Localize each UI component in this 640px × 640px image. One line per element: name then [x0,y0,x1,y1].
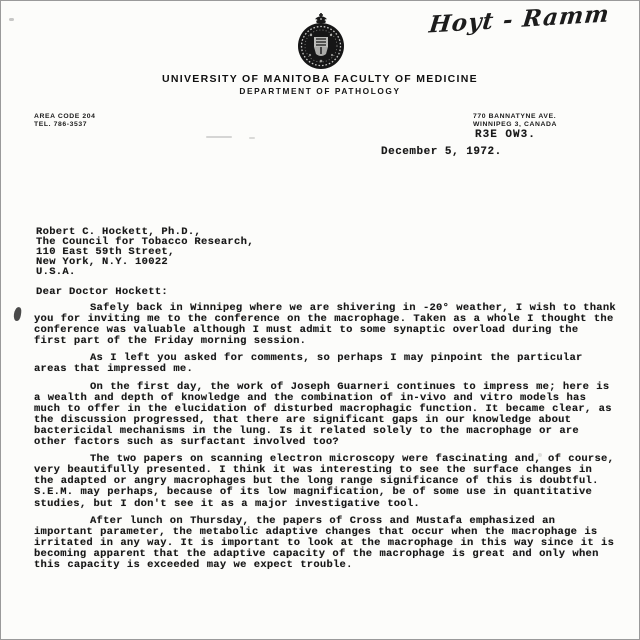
scan-artifact [249,137,255,139]
paragraph: Safely back in Winnipeg where we are shi… [34,303,618,347]
recipient-address-block: Robert C. Hockett, Ph.D., The Council fo… [36,227,254,277]
scanned-letter-page: Hoyt - Ramm UNIVERSITY OF M [0,0,640,640]
letterhead-department: DEPARTMENT OF PATHOLOGY [1,86,639,96]
paragraph: As I left you asked for comments, so per… [34,353,618,375]
salutation: Dear Doctor Hockett: [36,286,168,298]
scan-artifact [9,18,14,21]
scan-artifact [13,307,22,322]
letter-body: Safely back in Winnipeg where we are shi… [34,303,618,577]
address-line2: WINNIPEG 3, CANADA [473,121,557,129]
letterhead-address-block: 770 BANNATYNE AVE. WINNIPEG 3, CANADA [473,113,557,129]
scan-artifact [206,136,232,138]
paragraph: After lunch on Thursday, the papers of C… [34,516,618,571]
area-code: AREA CODE 204 [34,113,96,121]
paragraph: On the first day, the work of Joseph Gua… [34,382,618,449]
letter-date: December 5, 1972. [381,146,502,158]
postal-code: R3E OW3. [475,129,536,141]
address-line1: 770 BANNATYNE AVE. [473,113,557,121]
letterhead-institution: UNIVERSITY OF MANITOBA FACULTY OF MEDICI… [1,73,639,85]
paragraph: The two papers on scanning electron micr… [34,454,618,509]
telephone: TEL. 786-3537 [34,121,96,129]
recipient-line: U.S.A. [36,267,254,277]
handwritten-annotation: Hoyt - Ramm [428,0,640,39]
letterhead-phone-block: AREA CODE 204 TEL. 786-3537 [34,113,96,129]
university-seal-icon [294,13,348,73]
